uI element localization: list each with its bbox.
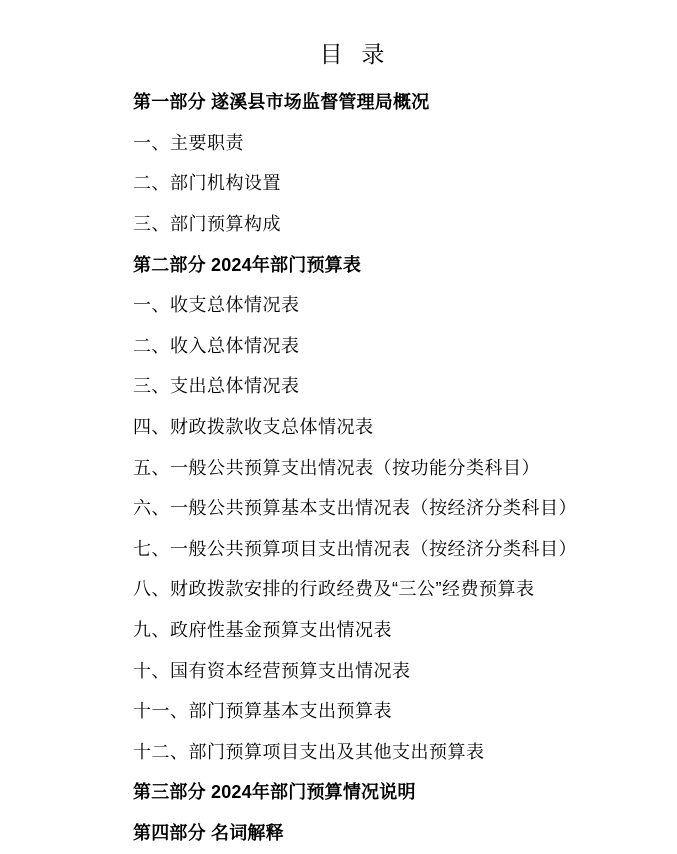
toc-item: 二、部门机构设置 — [133, 162, 647, 203]
toc-item: 四、财政拨款收支总体情况表 — [133, 406, 647, 447]
toc-section-header-part3: 第三部分 2024年部门预算情况说明 — [133, 771, 647, 812]
toc-section-header-part2: 第二部分 2024年部门预算表 — [133, 243, 647, 284]
toc-item: 三、支出总体情况表 — [133, 365, 647, 406]
page-title: 目 录 — [14, 39, 677, 69]
toc-item: 十二、部门预算项目支出及其他支出预算表 — [133, 731, 647, 772]
document-page: 目 录 第一部分 遂溪县市场监督管理局概况 一、主要职责 二、部门机构设置 三、… — [0, 0, 677, 854]
toc-item: 三、部门预算构成 — [133, 203, 647, 244]
toc-item: 五、一般公共预算支出情况表（按功能分类科目） — [133, 446, 647, 487]
toc-section-header-part1: 第一部分 遂溪县市场监督管理局概况 — [133, 81, 647, 122]
toc-item: 二、收入总体情况表 — [133, 325, 647, 366]
toc-item: 十一、部门预算基本支出预算表 — [133, 690, 647, 731]
toc-item: 七、一般公共预算项目支出情况表（按经济分类科目） — [133, 528, 647, 569]
table-of-contents: 第一部分 遂溪县市场监督管理局概况 一、主要职责 二、部门机构设置 三、部门预算… — [133, 81, 647, 852]
toc-section-header-part4: 第四部分 名词解释 — [133, 812, 647, 853]
toc-item: 六、一般公共预算基本支出情况表（按经济分类科目） — [133, 487, 647, 528]
toc-item: 九、政府性基金预算支出情况表 — [133, 609, 647, 650]
toc-item: 八、财政拨款安排的行政经费及“三公”经费预算表 — [133, 568, 647, 609]
toc-item: 十、国有资本经营预算支出情况表 — [133, 649, 647, 690]
toc-item: 一、收支总体情况表 — [133, 284, 647, 325]
toc-item: 一、主要职责 — [133, 122, 647, 163]
